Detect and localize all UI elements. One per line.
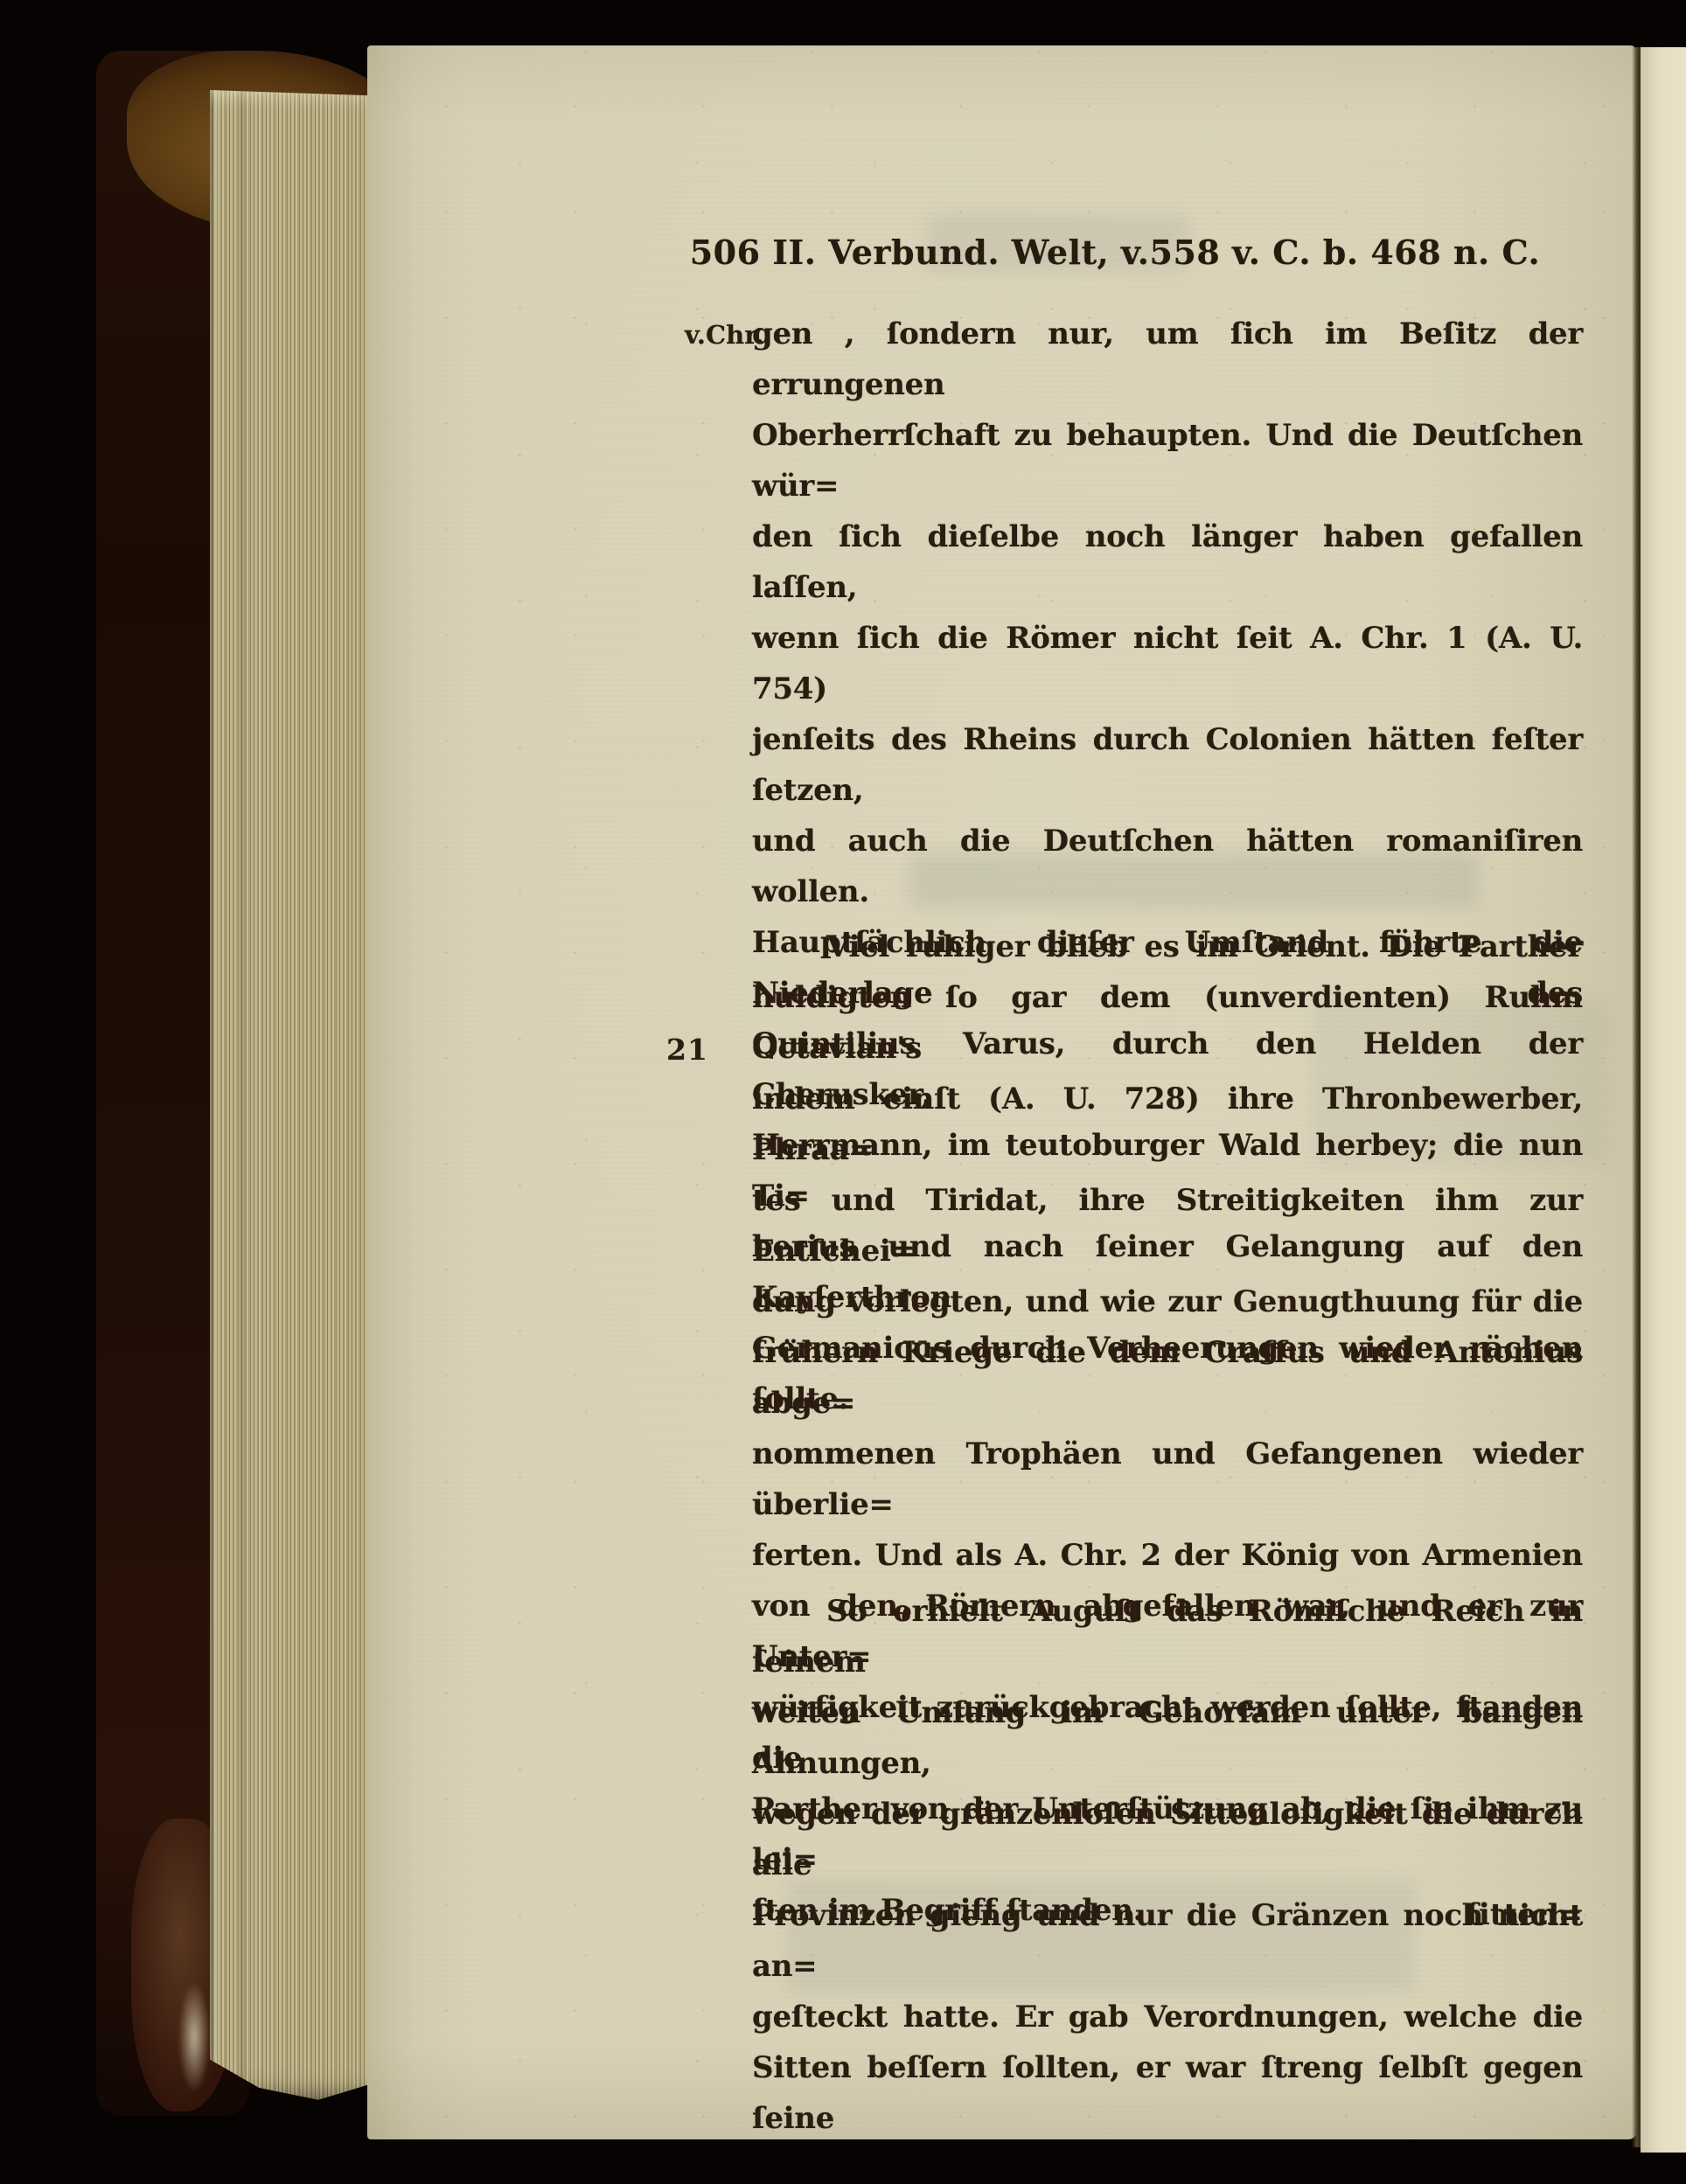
catchword: ſitten=: [752, 1889, 1583, 1940]
text-line: wegen der gränzenloſen Sittenloſigkeit d…: [752, 1789, 1583, 1890]
book-page: 506 II. Verbund. Welt, v.558 v. C. b. 46…: [367, 45, 1637, 2139]
text-line: So erhielt Auguſt das Römiſche Reich in …: [752, 1586, 1583, 1687]
running-header: 506 II. Verbund. Welt, v.558 v. C. b. 46…: [660, 231, 1570, 275]
text-line: ferten. Und als A. Chr. 2 der König von …: [752, 1530, 1583, 1581]
paragraph-3: So erhielt Auguſt das Römiſche Reich in …: [752, 1586, 1583, 2144]
text-line: den ſich dieſelbe noch länger haben gefa…: [752, 511, 1583, 613]
text-line: Viel ruhiger blieb es im Orient. Die Par…: [752, 922, 1583, 972]
text-line: gen , ſondern nur, um ſich im Beſitz der…: [752, 309, 1583, 410]
text-line: nommenen Trophäen und Gefangenen wieder …: [752, 1429, 1583, 1530]
text-line: Sitten beſſern ſollten, er war ſtreng ſe…: [752, 2042, 1583, 2144]
text-line: tes und Tiridat, ihre Streitigkeiten ihm…: [752, 1175, 1583, 1276]
text-line: geſteckt hatte. Er gab Verordnungen, wel…: [752, 1992, 1583, 2042]
next-page-edge: [1641, 47, 1686, 2153]
book-scan-photo: 506 II. Verbund. Welt, v.558 v. C. b. 46…: [0, 0, 1686, 2184]
text-line: jenſeits des Rheins durch Colonien hätte…: [752, 714, 1583, 816]
text-line: indem einſt (A. U. 728) ihre Thronbewerb…: [752, 1074, 1583, 1175]
margin-note-21: 21: [666, 1028, 708, 1072]
text-line: frühern Kriege die dem Craſſus und Anton…: [752, 1327, 1583, 1429]
text-line: und auch die Deutſchen hätten romaniſire…: [752, 816, 1583, 917]
text-line: wenn ſich die Römer nicht ſeit A. Chr. 1…: [752, 613, 1583, 714]
text-line: Oberherrſchaft zu behaupten. Und die Deu…: [752, 410, 1583, 511]
text-line: weiten Umfang im Gehorſam unter bangen A…: [752, 1687, 1583, 1789]
page-gap-shadow: [1632, 47, 1641, 2147]
leather-scratch: [179, 1985, 209, 2090]
page-fore-edge-stack: [210, 90, 385, 2108]
text-line: huldigten ſo gar dem (unverdienten) Ruhm…: [752, 972, 1583, 1074]
text-line: dung vorlegten, und wie zur Genugthuung …: [752, 1276, 1583, 1327]
